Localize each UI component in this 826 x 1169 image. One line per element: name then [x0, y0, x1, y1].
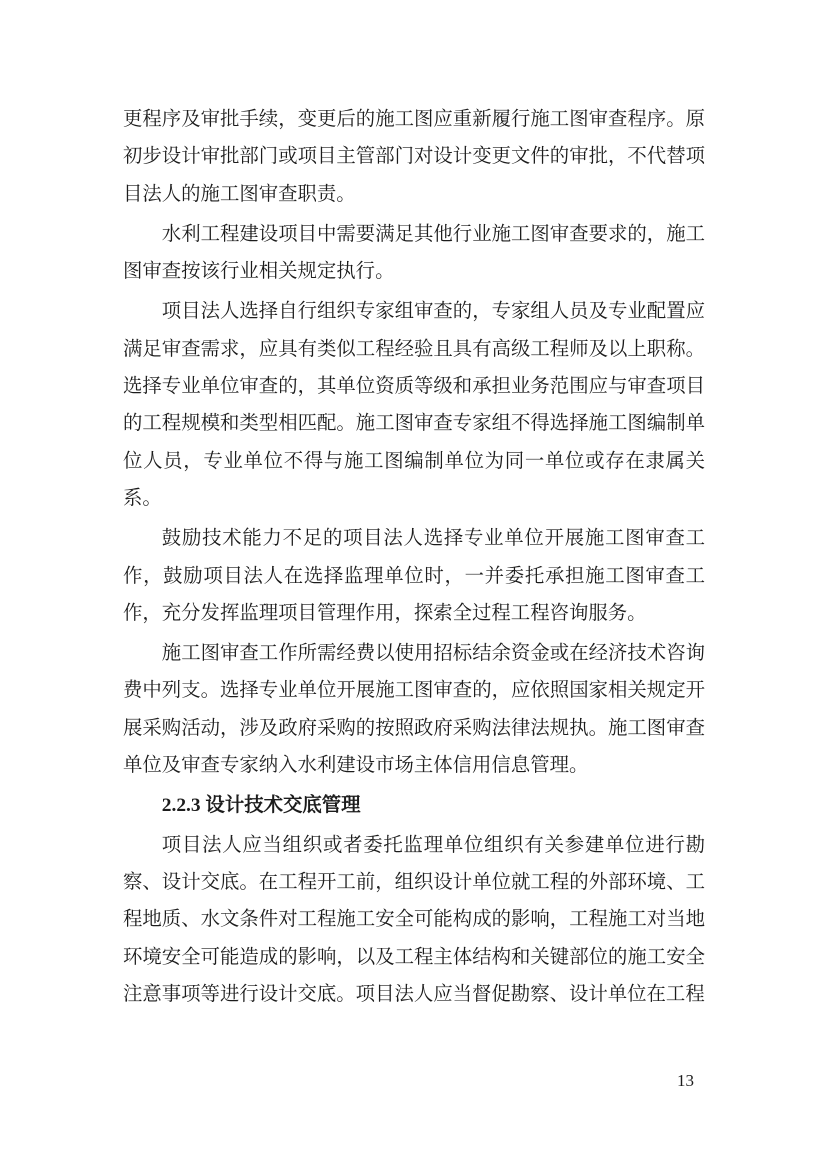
paragraph-design-disclosure: 项目法人应当组织或者委托监理单位组织有关参建单位进行勘察、设计交底。在工程开工前… [123, 827, 705, 1013]
text-body: 更程序及审批手续，变更后的施工图应重新履行施工图审查程序。原初步设计审批部门或项… [123, 101, 705, 1016]
paragraph-expert-group: 项目法人选择自行组织专家组审查的，专家组人员及专业配置应满足审查需求，应具有类似… [123, 293, 705, 517]
paragraph-change-procedure: 更程序及审批手续，变更后的施工图应重新履行施工图审查程序。原初步设计审批部门或项… [123, 101, 705, 213]
paragraph-encourage-professional-unit: 鼓励技术能力不足的项目法人选择专业单位开展施工图审查工作，鼓励项目法人在选择监理… [123, 520, 705, 632]
paragraph-review-funding: 施工图审查工作所需经费以使用招标结余资金或在经济技术咨询费中列支。选择专业单位开… [123, 635, 705, 784]
heading-2-2-3-design-disclosure: 2.2.3 设计技术交底管理 [123, 787, 705, 824]
page-number: 13 [677, 1071, 694, 1091]
paragraph-other-industry: 水利工程建设项目中需要满足其他行业施工图审查要求的，施工图审查按该行业相关规定执… [123, 216, 705, 291]
document-page: 更程序及审批手续，变更后的施工图应重新履行施工图审查程序。原初步设计审批部门或项… [0, 0, 826, 1169]
